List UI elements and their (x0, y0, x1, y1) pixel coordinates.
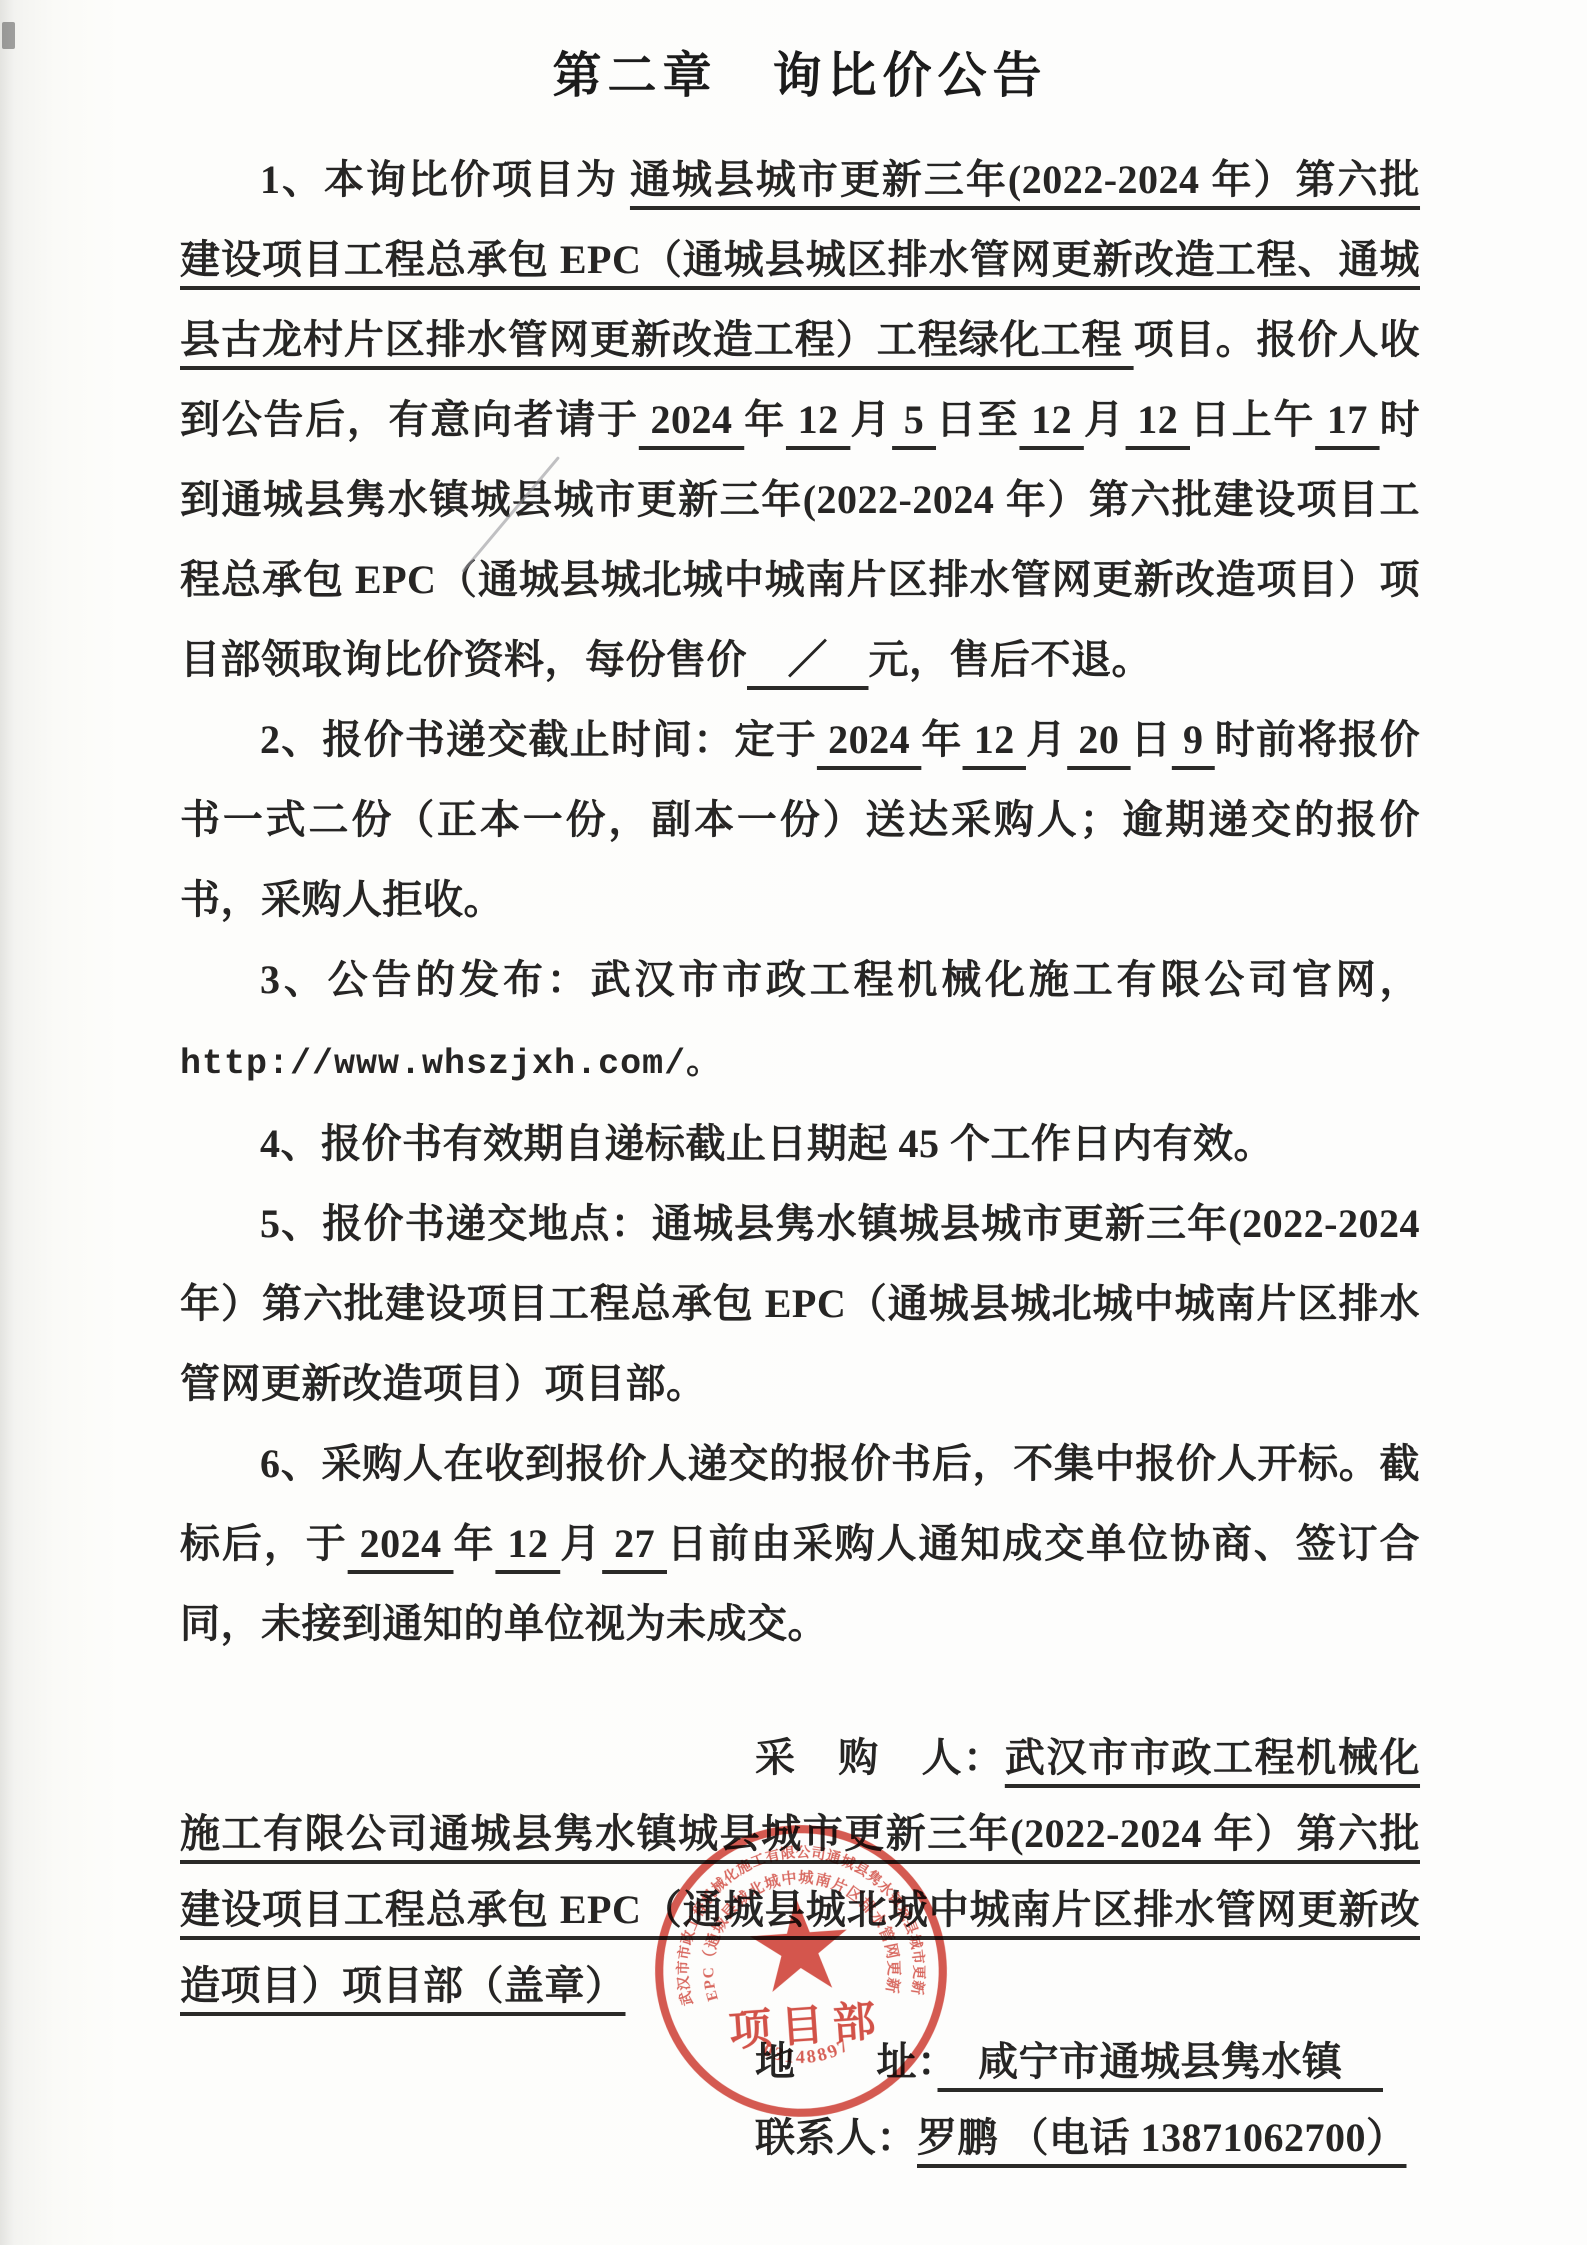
paragraph-6: 6、采购人在收到报价人递交的报价书后，不集中报价人开标。截标后，于 2024 年… (180, 1424, 1420, 1664)
p3-lead: 3、公告的发布：武汉市市政工程机械化施工有限公司官网， (260, 957, 1420, 1002)
p6-text: 年 (453, 1521, 495, 1566)
address-line: 地 址： 咸宁市通城县隽水镇 (180, 2024, 1420, 2100)
paragraph-3: 3、公告的发布：武汉市市政工程机械化施工有限公司官网，http://www.wh… (180, 940, 1420, 1104)
p1-month2-underlined: 12 (1019, 397, 1083, 442)
p1-text: 月 (1084, 397, 1126, 442)
p1-month-underlined: 12 (786, 397, 850, 442)
p6-text: 月 (560, 1521, 602, 1566)
p2-day-underlined: 20 (1067, 717, 1130, 762)
address-value-underlined: 咸宁市通城县隽水镇 (938, 2039, 1384, 2084)
p2-text: 日 (1131, 717, 1172, 762)
p1-year-underlined: 2024 (639, 397, 744, 442)
paragraph-2: 2、报价书递交截止时间：定于 2024 年 12 月 20 日 9 时前将报价书… (180, 700, 1420, 940)
buyer-label: 采 购 人： (755, 1735, 1005, 1780)
p2-month-underlined: 12 (963, 717, 1026, 762)
p2-text: 月 (1026, 717, 1067, 762)
document-content: 第二章 询比价公告 1、本询比价项目为 通城县城市更新三年(2022-2024 … (0, 0, 1587, 2176)
contact-label: 联系人： (755, 2115, 917, 2160)
address-label: 地 址： (755, 2039, 938, 2084)
p1-text: 月 (850, 397, 892, 442)
p2-year-underlined: 2024 (817, 717, 921, 762)
p1-text: 日上午 (1190, 397, 1315, 442)
announcement-url: http://www.whszjxh.com/。 (180, 1044, 722, 1084)
contact-line: 联系人：罗鹏 （电话 13871062700） (180, 2100, 1420, 2176)
contact-value-underlined: 罗鹏 （电话 13871062700） (917, 2115, 1407, 2160)
paragraph-4: 4、报价书有效期自递标截止日期起 45 个工作日内有效。 (180, 1104, 1420, 1184)
p1-text: 日至 (936, 397, 1019, 442)
scanned-document-page: 第二章 询比价公告 1、本询比价项目为 通城县城市更新三年(2022-2024 … (0, 0, 1587, 2245)
p1-text: 年 (744, 397, 786, 442)
p2-lead: 2、报价书递交截止时间：定于 (260, 717, 817, 762)
p1-day2-underlined: 12 (1126, 397, 1190, 442)
p1-hour-underlined: 17 (1315, 397, 1379, 442)
p1-price-slash-underlined: ／ (747, 637, 869, 682)
p6-day-underlined: 27 (602, 1521, 667, 1566)
p2-text: 年 (921, 717, 962, 762)
p2-hour-underlined: 9 (1172, 717, 1215, 762)
p1-text: 元，售后不退。 (869, 637, 1153, 682)
p6-year-underlined: 2024 (348, 1521, 454, 1566)
page-title: 第二章 询比价公告 (180, 46, 1420, 106)
p6-month-underlined: 12 (495, 1521, 560, 1566)
scan-artifact-corner-mark (2, 22, 15, 49)
p1-lead: 1、本询比价项目为 (260, 157, 630, 202)
paragraph-1: 1、本询比价项目为 通城县城市更新三年(2022-2024 年）第六批建设项目工… (180, 140, 1420, 700)
p1-day-underlined: 5 (892, 397, 936, 442)
buyer-signature-block: 采 购 人：武汉市市政工程机械化施工有限公司通城县隽水镇城县城市更新三年(202… (180, 1720, 1420, 2024)
paragraph-5: 5、报价书递交地点：通城县隽水镇城县城市更新三年(2022-2024 年）第六批… (180, 1184, 1420, 1424)
